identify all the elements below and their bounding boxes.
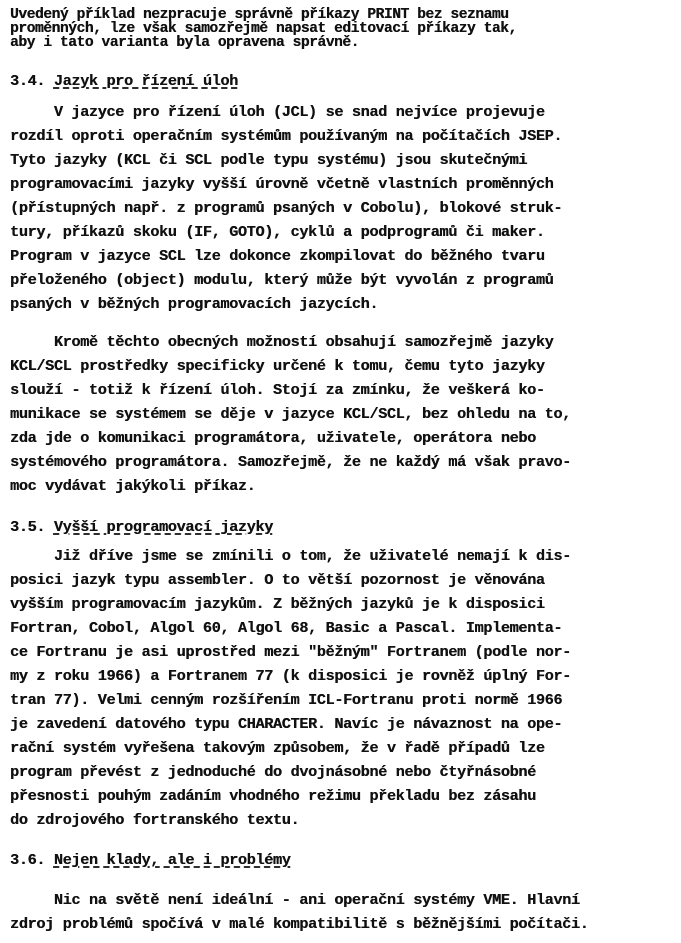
section-number: 3.6. (10, 851, 45, 869)
section-heading-3-6: 3.6. Nejen klady, ale i problémy (10, 852, 290, 868)
paragraph-line: moc vydávat jakýkoli příkaz. (10, 478, 255, 494)
paragraph-line: přeloženého (object) modulu, který může … (10, 272, 553, 288)
intro-line: aby i tato varianta byla opravena správn… (10, 35, 359, 51)
paragraph-line: KCL/SCL prostředky specificky určené k t… (10, 358, 545, 374)
paragraph-line: Tyto jazyky (KCL či SCL podle typu systé… (10, 152, 527, 168)
paragraph-line: je zavedení datového typu CHARACTER. Nav… (10, 716, 562, 732)
paragraph-line: rační systém vyřešena takovým způsobem, … (10, 740, 545, 756)
paragraph-line: do zdrojového fortranského textu. (10, 812, 299, 828)
paragraph-line: tran 77). Velmi cenným rozšířením ICL-Fo… (10, 692, 562, 708)
section-title: Vyšší programovací jazyky (54, 518, 273, 536)
paragraph-line: vyšším programovacím jazykům. Z běžných … (10, 596, 545, 612)
paragraph-line: systémového programátora. Samozřejmě, že… (10, 454, 571, 470)
section-number: 3.4. (10, 72, 45, 90)
section-heading-3-5: 3.5. Vyšší programovací jazyky (10, 519, 273, 535)
document-page: Uvedený příklad nezpracuje správně příka… (0, 0, 681, 943)
section-title: Jazyk pro řízení úloh (54, 72, 238, 90)
paragraph-line: slouží - totiž k řízení úloh. Stojí za z… (10, 382, 545, 398)
paragraph-line: tury, příkazů skoku (IF, GOTO), cyklů a … (10, 224, 545, 240)
paragraph-line: Již dříve jsme se zmínili o tom, že uživ… (10, 548, 571, 564)
paragraph-line: zda jde o komunikaci programátora, uživa… (10, 430, 536, 446)
paragraph-line: munikace se systémem se děje v jazyce KC… (10, 406, 571, 422)
paragraph-line: přesnosti pouhým zadáním vhodného režimu… (10, 788, 536, 804)
paragraph-line: Nic na světě není ideální - ani operační… (10, 892, 580, 908)
paragraph-line: Fortran, Cobol, Algol 60, Algol 68, Basi… (10, 620, 562, 636)
paragraph-line: posici jazyk typu assembler. O to větší … (10, 572, 545, 588)
paragraph-line: zdroj problémů spočívá v malé kompatibil… (10, 916, 588, 932)
paragraph-line: ce Fortranu je asi uprostřed mezi "běžný… (10, 644, 571, 660)
paragraph-line: programovacími jazyky vyšší úrovně včetn… (10, 176, 553, 192)
paragraph-line: rozdíl oproti operačním systémům používa… (10, 128, 562, 144)
paragraph-line: Kromě těchto obecných možností obsahují … (10, 334, 553, 350)
paragraph-line: my z roku 1966) a Fortranem 77 (k dispos… (10, 668, 571, 684)
paragraph-line: Program v jazyce SCL lze dokonce zkompil… (10, 248, 545, 264)
paragraph-line: (přístupných např. z programů psaných v … (10, 200, 562, 216)
section-title: Nejen klady, ale i problémy (54, 851, 291, 869)
paragraph-line: program převést z jednoduché do dvojnáso… (10, 764, 536, 780)
paragraph-line: psaných v běžných programovacích jazycíc… (10, 296, 378, 312)
paragraph-line: V jazyce pro řízení úloh (JCL) se snad n… (10, 104, 545, 120)
section-heading-3-4: 3.4. Jazyk pro řízení úloh (10, 73, 238, 89)
section-number: 3.5. (10, 518, 45, 536)
